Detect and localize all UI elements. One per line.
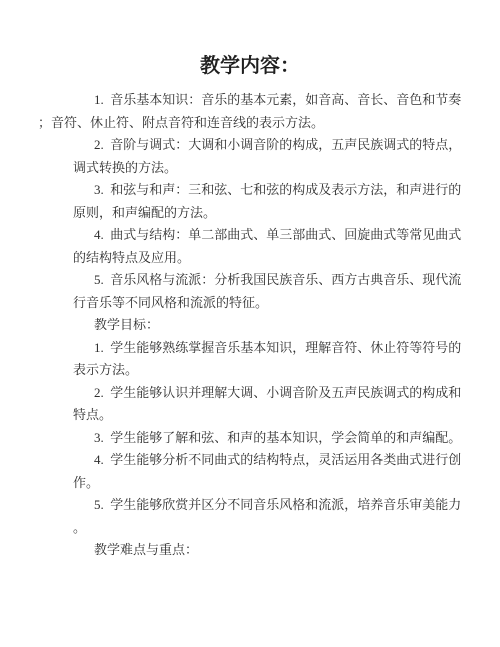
document-body: 1. 音乐基本知识：音乐的基本元素，如音高、音长、音色和节奏 ；音符、休止符、附… [0, 89, 500, 562]
document-title: 教学内容： [0, 52, 500, 80]
text-line-goal-item-1-wrap: 表示方法。 [73, 359, 500, 382]
text-line-goal-item-5: 5. 学生能够欣赏并区分不同音乐风格和流派，培养音乐审美能力 [94, 494, 500, 517]
text-line-goal-item-2-wrap: 特点。 [73, 404, 500, 427]
text-line-goal-item-5-wrap: 。 [73, 517, 500, 540]
text-line-content-item-1: 1. 音乐基本知识：音乐的基本元素，如音高、音长、音色和节奏 [94, 89, 500, 112]
text-line-goal-item-4-wrap: 作。 [73, 472, 500, 495]
text-line-goal-item-1: 1. 学生能够熟练掌握音乐基本知识，理解音符、休止符等符号的 [94, 337, 500, 360]
text-line-content-item-5: 5. 音乐风格与流派：分析我国民族音乐、西方古典音乐、现代流 [94, 269, 500, 292]
text-line-content-item-2: 2. 音阶与调式：大调和小调音阶的构成，五声民族调式的特点， [94, 134, 500, 157]
text-line-content-item-3-wrap: 原则，和声编配的方法。 [73, 202, 500, 225]
text-line-content-item-4-wrap: 的结构特点及应用。 [73, 247, 500, 270]
text-line-content-item-1-wrap: ；音符、休止符、附点音符和连音线的表示方法。 [38, 112, 500, 135]
text-line-content-item-3: 3. 和弦与和声：三和弦、七和弦的构成及表示方法，和声进行的 [94, 179, 500, 202]
text-line-goal-item-2: 2. 学生能够认识并理解大调、小调音阶及五声民族调式的构成和 [94, 382, 500, 405]
text-line-content-item-2-wrap: 调式转换的方法。 [73, 157, 500, 180]
text-line-content-item-5-wrap: 行音乐等不同风格和流派的特征。 [73, 292, 500, 315]
text-line-goal-item-3: 3. 学生能够了解和弦、和声的基本知识，学会简单的和声编配。 [94, 427, 500, 450]
document-page: 教学内容： 1. 音乐基本知识：音乐的基本元素，如音高、音长、音色和节奏 ；音符… [0, 0, 500, 647]
text-line-content-item-4: 4. 曲式与结构：单二部曲式、单三部曲式、回旋曲式等常见曲式 [94, 224, 500, 247]
section-heading-goals: 教学目标： [94, 314, 500, 337]
text-line-goal-item-4: 4. 学生能够分析不同曲式的结构特点，灵活运用各类曲式进行创 [94, 449, 500, 472]
section-heading-key-points: 教学难点与重点： [94, 539, 500, 562]
